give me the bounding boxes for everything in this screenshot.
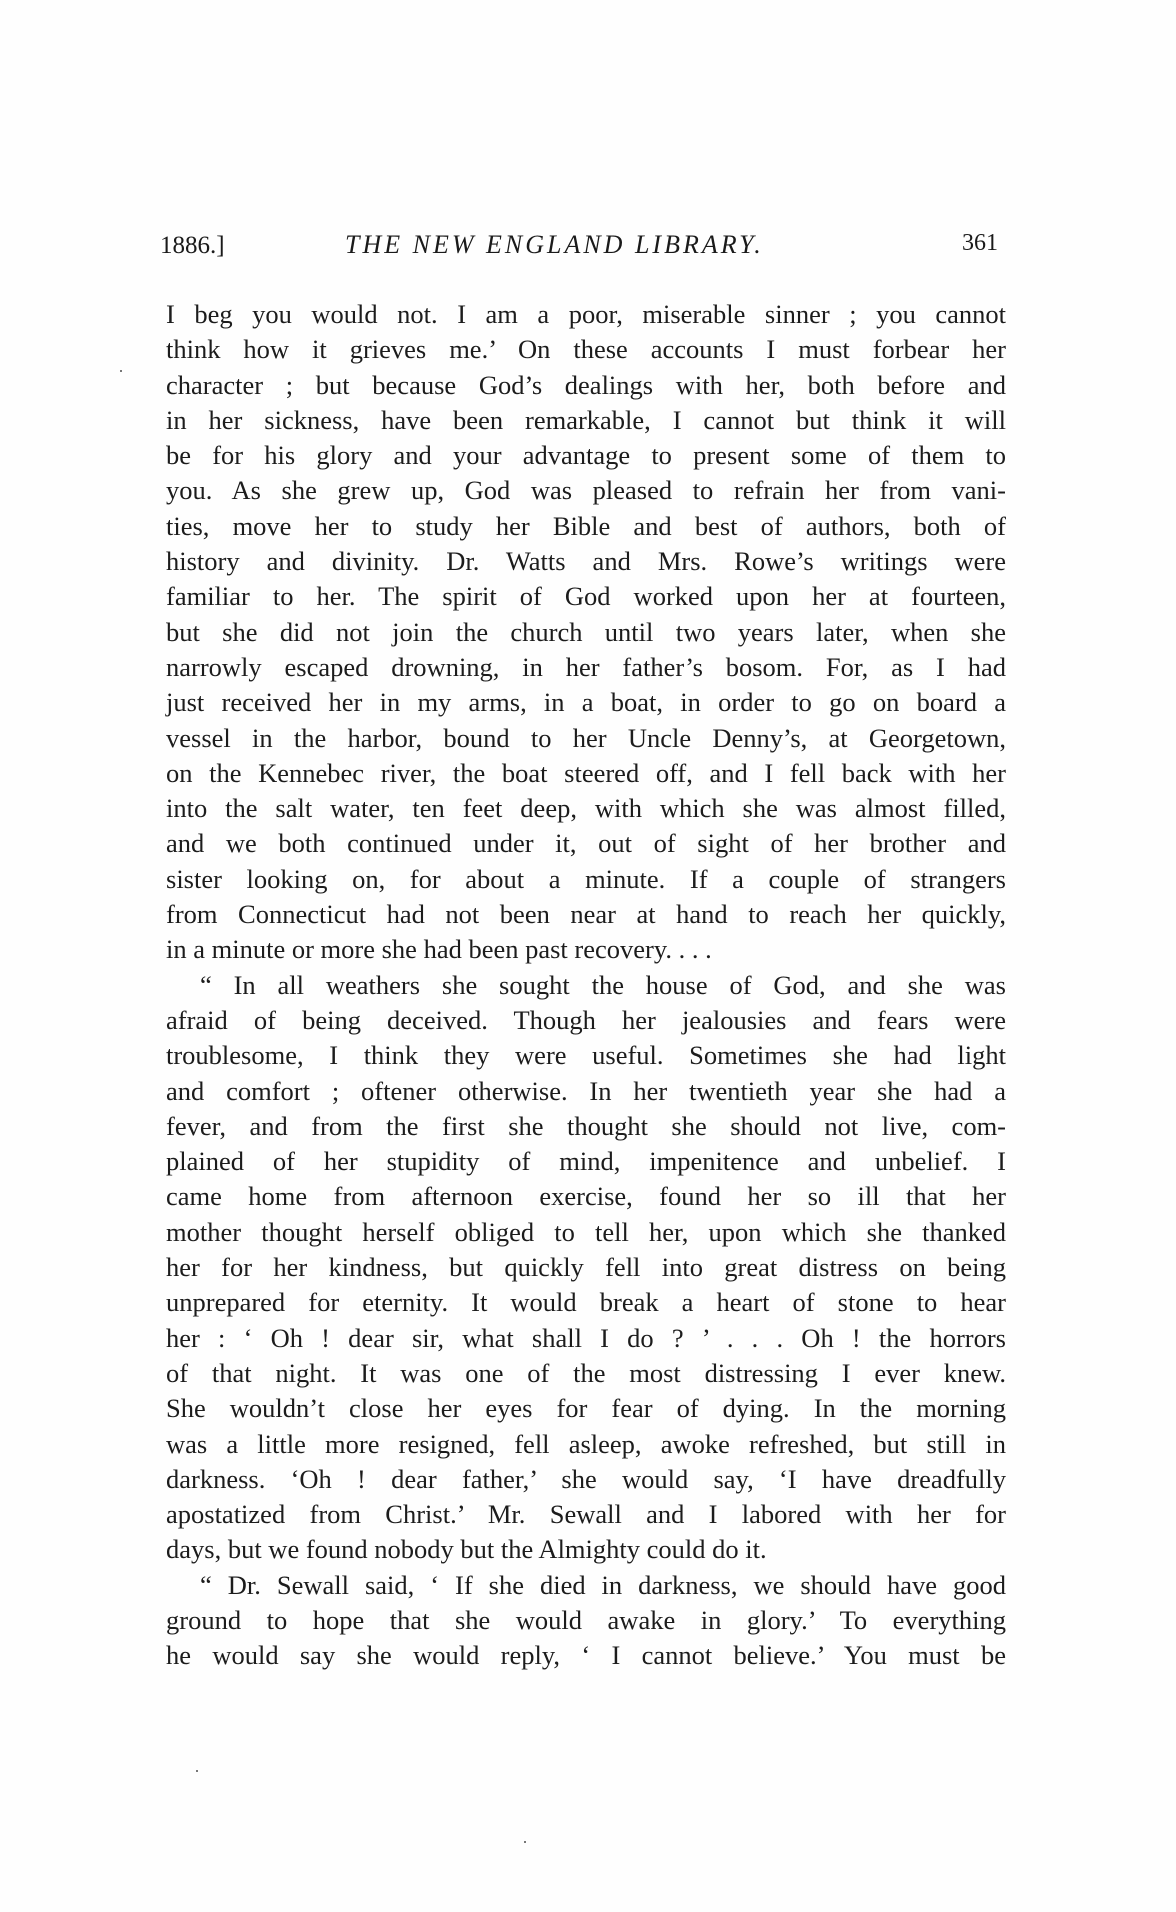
text-line: apostatized from Christ.’ Mr. Sewall and… <box>166 1497 1006 1532</box>
text-line: narrowly escaped drowning, in her father… <box>166 650 1006 685</box>
text-line: into the salt water, ten feet deep, with… <box>166 791 1006 826</box>
text-line: and we both continued under it, out of s… <box>166 826 1006 861</box>
text-line: character ; but because God’s dealings w… <box>166 368 1006 403</box>
body-text: I beg you would not. I am a poor, misera… <box>166 297 1006 1674</box>
text-line: her : ‘ Oh ! dear sir, what shall I do ?… <box>166 1321 1006 1356</box>
text-line: in a minute or more she had been past re… <box>166 932 1006 967</box>
text-line: ties, move her to study her Bible and be… <box>166 509 1006 544</box>
text-line: mother thought herself obliged to tell h… <box>166 1215 1006 1250</box>
text-line: from Connecticut had not been near at ha… <box>166 897 1006 932</box>
running-head-year: 1886.] <box>160 232 225 260</box>
text-line: in her sickness, have been remarkable, I… <box>166 403 1006 438</box>
text-line: vessel in the harbor, bound to her Uncle… <box>166 721 1006 756</box>
text-line: but she did not join the church until tw… <box>166 615 1006 650</box>
text-line: of that night. It was one of the most di… <box>166 1356 1006 1391</box>
text-line: you. As she grew up, God was pleased to … <box>166 473 1006 508</box>
text-line: troublesome, I think they were useful. S… <box>166 1038 1006 1073</box>
scan-speck <box>196 1770 198 1772</box>
text-line: think how it grieves me.’ On these accou… <box>166 332 1006 367</box>
scan-speck <box>120 370 122 372</box>
text-line: afraid of being deceived. Though her jea… <box>166 1003 1006 1038</box>
text-line: was a little more resigned, fell asleep,… <box>166 1427 1006 1462</box>
running-head-title: THE NEW ENGLAND LIBRARY. <box>345 230 764 260</box>
text-line: I beg you would not. I am a poor, misera… <box>166 297 1006 332</box>
text-line: on the Kennebec river, the boat steered … <box>166 756 1006 791</box>
text-line: fever, and from the first she thought sh… <box>166 1109 1006 1144</box>
running-head: 1886.] THE NEW ENGLAND LIBRARY. 361 <box>160 228 1000 264</box>
paragraph-first-line: “ In all weathers she sought the house o… <box>166 968 1006 1003</box>
text-line: darkness. ‘Oh ! dear father,’ she would … <box>166 1462 1006 1497</box>
text-line: came home from afternoon exercise, found… <box>166 1179 1006 1214</box>
page-number: 361 <box>962 230 998 257</box>
text-line: unprepared for eternity. It would break … <box>166 1285 1006 1320</box>
text-line: sister looking on, for about a minute. I… <box>166 862 1006 897</box>
text-line: familiar to her. The spirit of God worke… <box>166 579 1006 614</box>
text-line: be for his glory and your advantage to p… <box>166 438 1006 473</box>
text-line: just received her in my arms, in a boat,… <box>166 685 1006 720</box>
text-line: ground to hope that she would awake in g… <box>166 1603 1006 1638</box>
text-line: She wouldn’t close her eyes for fear of … <box>166 1391 1006 1426</box>
text-line: days, but we found nobody but the Almigh… <box>166 1532 1006 1567</box>
paragraph-first-line: “ Dr. Sewall said, ‘ If she died in dark… <box>166 1568 1006 1603</box>
scan-speck <box>524 1841 526 1843</box>
text-line: history and divinity. Dr. Watts and Mrs.… <box>166 544 1006 579</box>
scanned-book-page: 1886.] THE NEW ENGLAND LIBRARY. 361 I be… <box>0 0 1176 1912</box>
text-line: and comfort ; oftener otherwise. In her … <box>166 1074 1006 1109</box>
text-line: her for her kindness, but quickly fell i… <box>166 1250 1006 1285</box>
text-line: plained of her stupidity of mind, impeni… <box>166 1144 1006 1179</box>
text-line: he would say she would reply, ‘ I cannot… <box>166 1638 1006 1673</box>
